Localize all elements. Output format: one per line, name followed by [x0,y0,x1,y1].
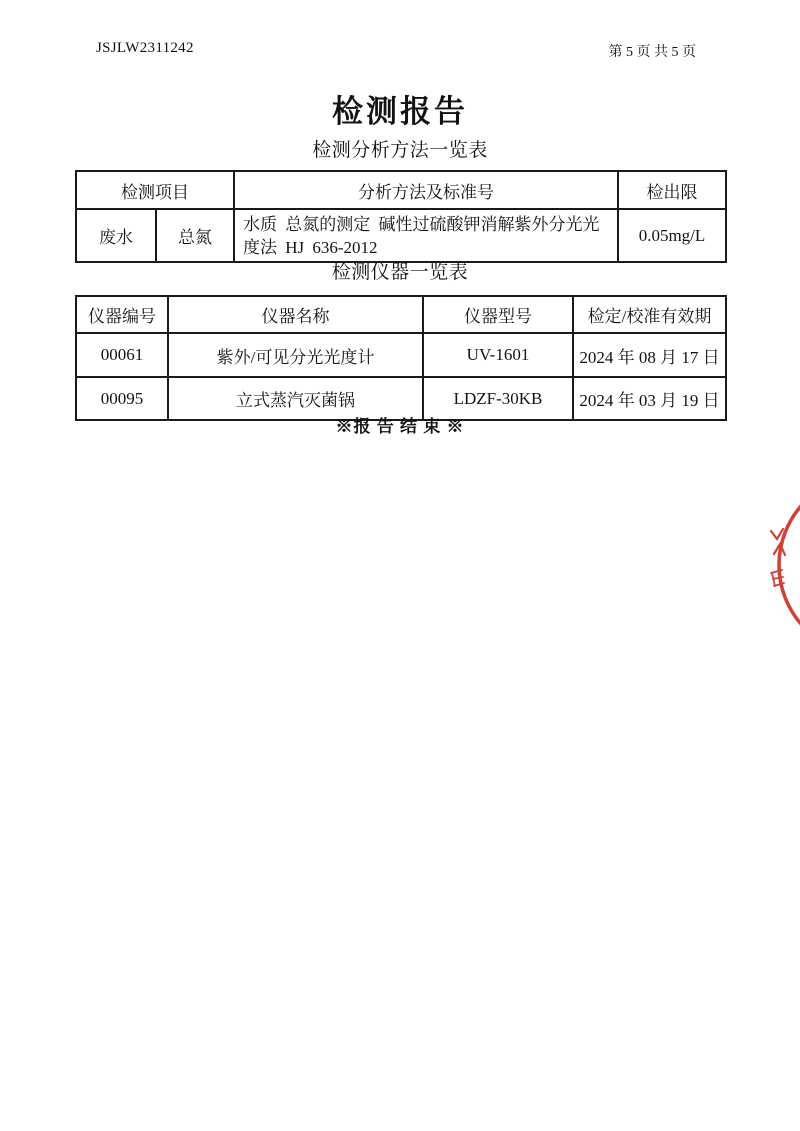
cell-parameter: 总氮 [156,209,234,262]
col-header-instrument-id: 仪器编号 [76,296,168,333]
col-header-instrument-name: 仪器名称 [168,296,423,333]
report-page: JSJLW2311242 第 5 页 共 5 页 检测报告 检测分析方法一览表 … [0,0,800,1131]
cell-detection-limit: 0.05mg/L [618,209,726,262]
method-table: 检测项目 分析方法及标准号 检出限 废水 总氮 水质 总氮的测定 碱性过硫酸钾消… [75,170,727,263]
col-header-detection-limit: 检出限 [618,171,726,209]
cell-instrument-id: 00061 [76,333,168,377]
method-table-title: 检测分析方法一览表 [0,135,800,162]
instrument-table: 仪器编号 仪器名称 仪器型号 检定/校准有效期 00061 紫外/可见分光光度计… [75,295,727,421]
cell-sample-type: 废水 [76,209,156,262]
page-indicator: 第 5 页 共 5 页 [609,41,697,61]
report-end-note: ※报 告 结 束 ※ [75,412,725,437]
red-seal-partial-icon [738,502,800,634]
cell-instrument-model: UV-1601 [423,333,573,377]
col-header-method: 分析方法及标准号 [234,171,618,209]
cell-instrument-name: 紫外/可见分光光度计 [168,333,423,377]
instrument-table-title: 检测仪器一览表 [0,257,800,284]
method-table-header-row: 检测项目 分析方法及标准号 检出限 [76,171,726,209]
col-header-calibration-validity: 检定/校准有效期 [573,296,726,333]
cell-method-standard: 水质 总氮的测定 碱性过硫酸钾消解紫外分光光度法 HJ 636-2012 [234,209,618,262]
document-title: 检测报告 [0,86,800,131]
cell-calibration-validity: 2024 年 08 月 17 日 [573,333,726,377]
instrument-table-row: 00061 紫外/可见分光光度计 UV-1601 2024 年 08 月 17 … [76,333,726,377]
col-header-instrument-model: 仪器型号 [423,296,573,333]
method-table-row: 废水 总氮 水质 总氮的测定 碱性过硫酸钾消解紫外分光光度法 HJ 636-20… [76,209,726,262]
col-header-test-item: 检测项目 [76,171,234,209]
instrument-table-header-row: 仪器编号 仪器名称 仪器型号 检定/校准有效期 [76,296,726,333]
report-number: JSJLW2311242 [96,40,194,57]
